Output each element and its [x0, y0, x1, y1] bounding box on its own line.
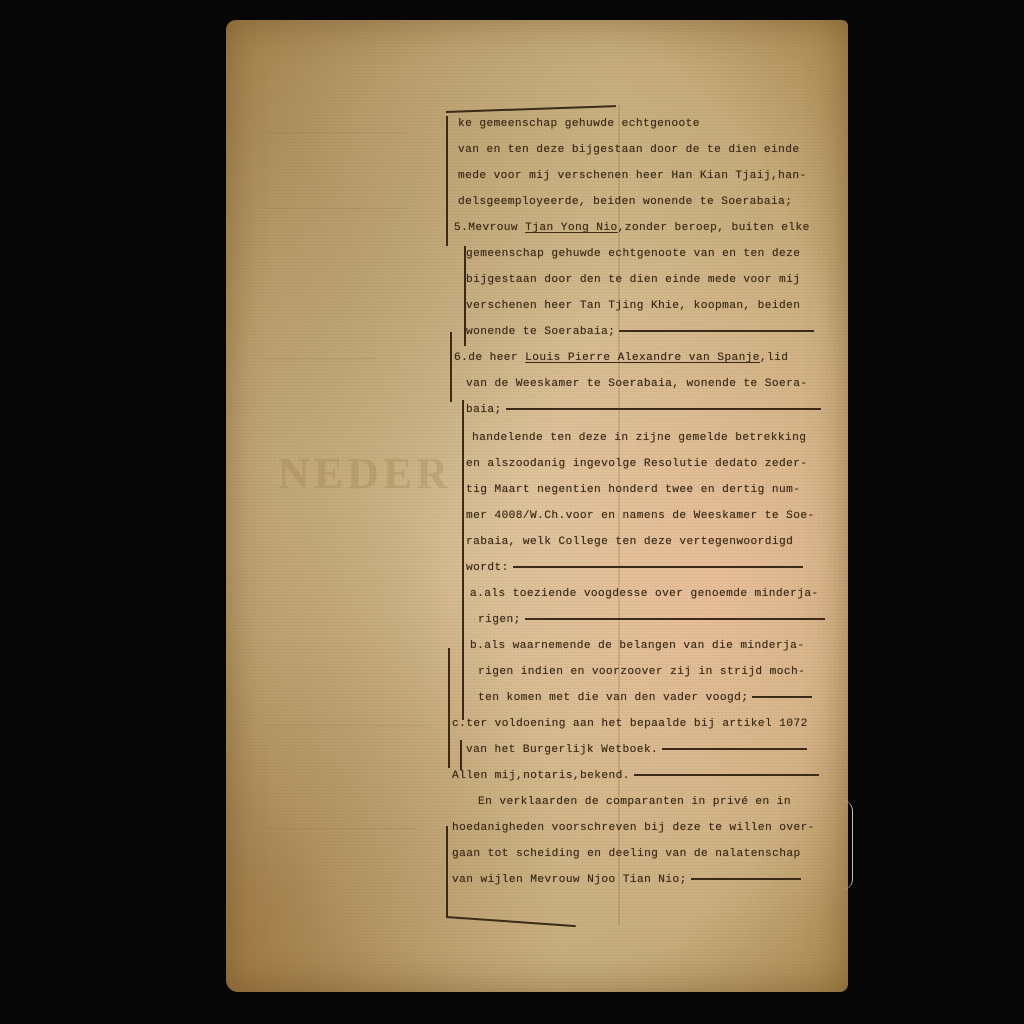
text-line: tig Maart negentien honderd twee en dert…	[466, 482, 800, 498]
text-line: ke gemeenschap gehuwde echtgenoote	[458, 116, 700, 132]
margin-bracket-bottom	[446, 916, 576, 927]
margin-bracket	[446, 116, 448, 246]
text-line: ten komen met die van den vader voogd;	[478, 690, 812, 706]
text-line-item-5: 5.Mevrouw Tjan Yong Nio,zonder beroep, b…	[454, 220, 810, 236]
text-line: rigen;	[478, 612, 825, 628]
text-line: gemeenschap gehuwde echtgenoote van en t…	[466, 246, 800, 262]
fill-rule	[634, 774, 819, 776]
margin-bracket	[448, 648, 450, 768]
text-line: delsgeemployeerde, beiden wonende te Soe…	[458, 194, 792, 210]
fill-rule	[752, 696, 812, 698]
text-line: mede voor mij verschenen heer Han Kian T…	[458, 168, 807, 184]
text-line: van en ten deze bijgestaan door de te di…	[458, 142, 799, 158]
document-page: NEDER ke gemeenschap gehuwde echtgenoote…	[226, 20, 848, 992]
fill-rule	[662, 748, 807, 750]
text-line: Allen mij,notaris,bekend.	[452, 768, 819, 784]
text-line: wordt:	[466, 560, 803, 576]
text-line: a.als toeziende voogdesse over genoemde …	[470, 586, 819, 602]
text-line: hoedanigheden voorschreven bij deze te w…	[452, 820, 815, 836]
text-line: wonende te Soerabaia;	[466, 324, 814, 340]
text-line: en alszoodanig ingevolge Resolutie dedat…	[466, 456, 807, 472]
margin-bracket	[462, 400, 464, 720]
margin-bracket	[446, 826, 448, 918]
text-line-item-6: 6.de heer Louis Pierre Alexandre van Spa…	[454, 350, 788, 366]
text-line: van het Burgerlijk Wetboek.	[466, 742, 807, 758]
faint-rule	[266, 358, 376, 359]
fill-rule	[525, 618, 825, 620]
margin-bracket	[450, 332, 452, 402]
text-line: baia;	[466, 402, 821, 418]
binding-thread	[842, 800, 853, 890]
faint-rule	[266, 725, 426, 726]
fill-rule	[506, 408, 821, 410]
watermark-text: NEDER	[278, 448, 452, 499]
text-line: van de Weeskamer te Soerabaia, wonende t…	[466, 376, 807, 392]
text-line: rigen indien en voorzoover zij in strijd…	[478, 664, 805, 680]
text-line: bijgestaan door den te dien einde mede v…	[466, 272, 800, 288]
text-line: b.als waarnemende de belangen van die mi…	[470, 638, 804, 654]
text-line: handelende ten deze in zijne gemelde bet…	[472, 430, 806, 446]
faint-rule	[266, 828, 416, 829]
fill-rule	[691, 878, 801, 880]
text-line: En verklaarden de comparanten in privé e…	[478, 794, 791, 810]
text-line: c.ter voldoening aan het bepaalde bij ar…	[452, 716, 808, 732]
margin-bracket	[460, 740, 462, 770]
fill-rule	[619, 330, 814, 332]
text-line: mer 4008/W.Ch.voor en namens de Weeskame…	[466, 508, 815, 524]
underlined-name: Louis Pierre Alexandre van Spanje	[525, 352, 760, 364]
text-line: gaan tot scheiding en deeling van de nal…	[452, 846, 801, 862]
faint-rule	[266, 132, 406, 133]
margin-bracket-top	[446, 105, 616, 112]
text-line: rabaia, welk College ten deze vertegenwo…	[466, 534, 793, 550]
fill-rule	[513, 566, 803, 568]
underlined-name: Tjan Yong Nio	[525, 222, 617, 234]
faint-rule	[266, 208, 406, 209]
text-line: van wijlen Mevrouw Njoo Tian Nio;	[452, 872, 801, 888]
text-line: verschenen heer Tan Tjing Khie, koopman,…	[466, 298, 800, 314]
